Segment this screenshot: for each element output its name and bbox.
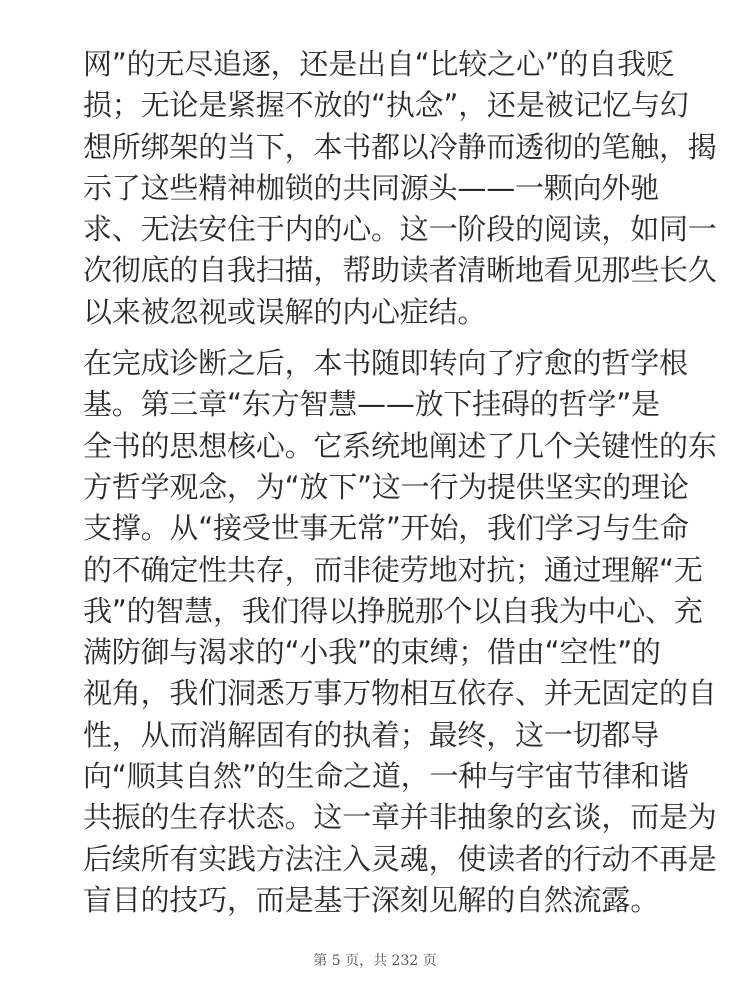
- text-line: 盲目的技巧，而是基于深刻见解的自然流露。: [83, 880, 673, 921]
- text-line: 性，从而消解固有的执着；最终，这一切都导: [83, 715, 673, 756]
- text-line: 的不确定性共存，而非徒劳地对抗；通过理解“无: [83, 550, 673, 591]
- text-line: 基。第三章“东方智慧——放下挂碍的哲学”是: [83, 384, 673, 425]
- text-line: 想所绑架的当下，本书都以冷静而透彻的笔触，揭: [83, 127, 673, 168]
- text-line: 向“顺其自然”的生命之道，一种与宇宙节律和谐: [83, 756, 673, 797]
- text-line: 视角，我们洞悉万事万物相互依存、并无固定的自: [83, 673, 673, 714]
- text-line: 求、无法安住于内的心。这一阶段的阅读，如同一: [83, 209, 673, 250]
- text-line: 网”的无尽追逐，还是出自“比较之心”的自我贬: [83, 44, 673, 85]
- text-line: 次彻底的自我扫描，帮助读者清晰地看见那些长久: [83, 250, 673, 291]
- text-line: 在完成诊断之后，本书随即转向了疗愈的哲学根: [83, 343, 673, 384]
- text-line: 共振的生存状态。这一章并非抽象的玄谈，而是为: [83, 797, 673, 838]
- text-line: 我”的智慧，我们得以挣脱那个以自我为中心、充: [83, 591, 673, 632]
- page-indicator: 第 5 页，共 232 页: [0, 950, 750, 970]
- paragraph-2: 在完成诊断之后，本书随即转向了疗愈的哲学根 基。第三章“东方智慧——放下挂碍的哲…: [83, 343, 673, 921]
- text-line: 后续所有实践方法注入灵魂，使读者的行动不再是: [83, 839, 673, 880]
- page-content: 网”的无尽追逐，还是出自“比较之心”的自我贬 损；无论是紧握不放的“执念”，还是…: [83, 44, 673, 921]
- paragraph-1: 网”的无尽追逐，还是出自“比较之心”的自我贬 损；无论是紧握不放的“执念”，还是…: [83, 44, 673, 333]
- text-line: 支撑。从“接受世事无常”开始，我们学习与生命: [83, 508, 673, 549]
- text-line: 满防御与渴求的“小我”的束缚；借由“空性”的: [83, 632, 673, 673]
- text-line: 损；无论是紧握不放的“执念”，还是被记忆与幻: [83, 85, 673, 126]
- text-line: 全书的思想核心。它系统地阐述了几个关键性的东: [83, 426, 673, 467]
- text-line: 示了这些精神枷锁的共同源头——一颗向外驰: [83, 168, 673, 209]
- text-line: 方哲学观念，为“放下”这一行为提供坚实的理论: [83, 467, 673, 508]
- text-line: 以来被忽视或误解的内心症结。: [83, 292, 673, 333]
